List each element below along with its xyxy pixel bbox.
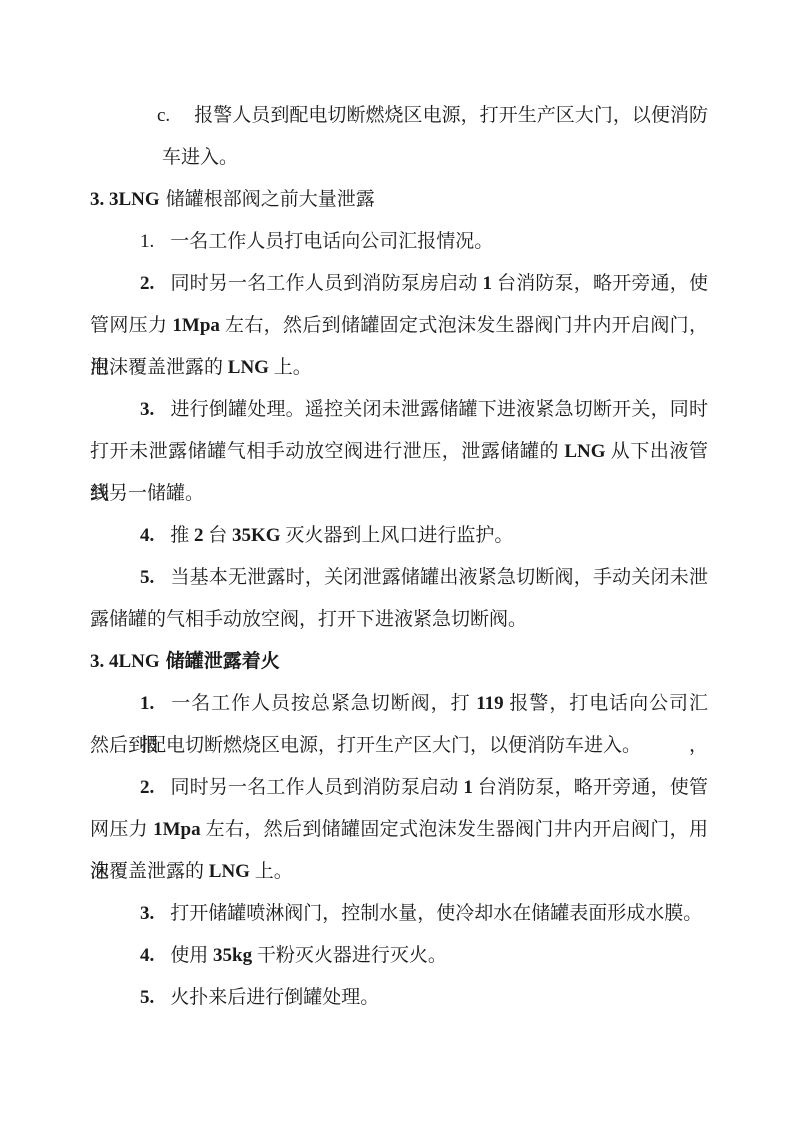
text-segment: 然后到配电切断燃烧区电源，打开生产区大门，以便消防车进入。 — [90, 735, 641, 756]
text-line: c.报警人员到配电切断燃烧区电源，打开生产区大门，以便消防 — [90, 95, 708, 137]
text-segment: 台 — [208, 525, 227, 546]
text-line: 5.当基本无泄露时，关闭泄露储罐出液紧急切断阀，手动关闭未泄 — [90, 557, 708, 599]
text-segment: 2. — [140, 777, 154, 798]
text-line: 1.一名工作人员按总紧急切断阀，打 119 报警，打电话向公司汇报， — [90, 683, 708, 725]
text-segment: 5. — [140, 987, 154, 1008]
text-segment: 露储罐的气相手动放空阀，打开下进液紧急切断阀。 — [90, 609, 527, 630]
text-segment: 1Mpa — [148, 819, 206, 840]
spacer — [154, 1002, 170, 1003]
text-line: 露储罐的气相手动放空阀，打开下进液紧急切断阀。 — [90, 599, 708, 641]
text-segment: c. — [157, 105, 170, 126]
text-segment: 车进入。 — [162, 147, 238, 168]
text-segment: 打开未泄露储罐气相手动放空阀进行泄压，泄露储罐的 — [90, 441, 559, 462]
text-line: 管网压力 1Mpa 左右，然后到储罐固定式泡沫发生器阀门井内开启阀门，用 — [90, 305, 708, 347]
text-segment: 上。 — [255, 861, 293, 882]
text-segment: 一名工作人员按总紧急切断阀，打 — [170, 693, 470, 714]
text-segment: 使用 — [170, 945, 208, 966]
text-segment: 2. — [140, 273, 154, 294]
text-line: 4.推 2 台 35KG 灭火器到上风口进行监护。 — [90, 515, 708, 557]
text-line: 2.同时另一名工作人员到消防泵启动 1 台消防泵，略开旁通，使管 — [90, 767, 708, 809]
text-segment: 2 — [189, 525, 208, 546]
text-segment: 3. — [140, 903, 154, 924]
text-line: 1.一名工作人员打电话向公司汇报情况。 — [90, 221, 708, 263]
text-segment: 3. 4LNG — [90, 651, 160, 672]
spacer — [154, 582, 170, 583]
text-segment: 台消防泵，略开旁通，使管 — [478, 777, 708, 798]
text-segment: 3. 3LNG — [90, 189, 160, 210]
text-line: 车进入。 — [90, 137, 708, 179]
text-line: 到另一储罐。 — [90, 473, 708, 515]
text-segment: 同时另一名工作人员到消防泵房启动 — [170, 273, 477, 294]
text-segment: 管网压力 — [90, 315, 167, 336]
text-line: 然后到配电切断燃烧区电源，打开生产区大门，以便消防车进入。 — [90, 725, 708, 767]
text-segment: 4. — [140, 945, 154, 966]
text-line: 3.进行倒罐处理。遥控关闭未泄露储罐下进液紧急切断开关，同时 — [90, 389, 708, 431]
spacer — [154, 246, 170, 247]
spacer — [154, 708, 170, 709]
document-body: c.报警人员到配电切断燃烧区电源，打开生产区大门，以便消防车进入。3. 3LNG… — [90, 95, 708, 1019]
text-line: 4.使用 35kg 干粉灭火器进行灭火。 — [90, 935, 708, 977]
spacer — [154, 960, 170, 961]
text-segment: 1Mpa — [167, 315, 225, 336]
text-segment: 4. — [140, 525, 154, 546]
text-line: 5.火扑来后进行倒罐处理。 — [90, 977, 708, 1019]
text-segment: 1 — [458, 777, 477, 798]
text-segment: 储罐泄露着火 — [166, 651, 280, 672]
text-segment: 网压力 — [90, 819, 148, 840]
spacer — [154, 288, 170, 289]
section-heading: 3. 4LNG储罐泄露着火 — [90, 641, 708, 683]
text-segment: LNG — [559, 441, 611, 462]
text-segment: 119 — [471, 693, 510, 714]
text-line: 泡沫覆盖泄露的 LNG 上。 — [90, 347, 708, 389]
text-segment: 到另一储罐。 — [90, 483, 204, 504]
text-segment: 报警人员到配电切断燃烧区电源，打开生产区大门，以便消防 — [194, 105, 708, 126]
text-segment: 1. — [140, 693, 154, 714]
text-segment: 推 — [170, 525, 189, 546]
text-segment: 35kg — [208, 945, 257, 966]
text-segment: 5. — [140, 567, 154, 588]
text-segment: 干粉灭火器进行灭火。 — [257, 945, 447, 966]
text-segment: 泡沫覆盖泄露的 — [90, 357, 223, 378]
text-segment: 1 — [478, 273, 497, 294]
text-segment: 上。 — [274, 357, 312, 378]
text-segment: 打开储罐喷淋阀门，控制水量，使冷却水在储罐表面形成水膜。 — [170, 903, 702, 924]
text-segment: 1. — [140, 231, 154, 252]
text-segment: LNG — [223, 357, 274, 378]
text-line: 2.同时另一名工作人员到消防泵房启动 1 台消防泵，略开旁通，使 — [90, 263, 708, 305]
text-segment: 沫覆盖泄露的 — [90, 861, 204, 882]
text-segment: 35KG — [227, 525, 285, 546]
text-segment: 同时另一名工作人员到消防泵启动 — [170, 777, 458, 798]
text-segment: 当基本无泄露时，关闭泄露储罐出液紧急切断阀，手动关闭未泄 — [170, 567, 708, 588]
spacer — [154, 792, 170, 793]
text-line: 沫覆盖泄露的 LNG 上。 — [90, 851, 708, 893]
text-segment: 进行倒罐处理。遥控关闭未泄露储罐下进液紧急切断开关，同时 — [170, 399, 708, 420]
text-segment: 3. — [140, 399, 154, 420]
text-segment: 台消防泵，略开旁通，使 — [497, 273, 708, 294]
spacer — [154, 414, 170, 415]
text-line: 打开未泄露储罐气相手动放空阀进行泄压，泄露储罐的 LNG 从下出液管线 — [90, 431, 708, 473]
document-page: c.报警人员到配电切断燃烧区电源，打开生产区大门，以便消防车进入。3. 3LNG… — [0, 0, 793, 1122]
text-segment: 一名工作人员打电话向公司汇报情况。 — [170, 231, 493, 252]
text-segment: 灭火器到上风口进行监护。 — [285, 525, 513, 546]
text-segment: 火扑来后进行倒罐处理。 — [170, 987, 379, 1008]
text-segment: LNG — [204, 861, 255, 882]
section-heading: 3. 3LNG储罐根部阀之前大量泄露 — [90, 179, 708, 221]
spacer — [154, 918, 170, 919]
text-segment: 储罐根部阀之前大量泄露 — [166, 189, 375, 210]
text-line: 3.打开储罐喷淋阀门，控制水量，使冷却水在储罐表面形成水膜。 — [90, 893, 708, 935]
text-line: 网压力 1Mpa 左右，然后到储罐固定式泡沫发生器阀门井内开启阀门，用泡 — [90, 809, 708, 851]
spacer — [154, 540, 170, 541]
spacer — [170, 120, 194, 121]
